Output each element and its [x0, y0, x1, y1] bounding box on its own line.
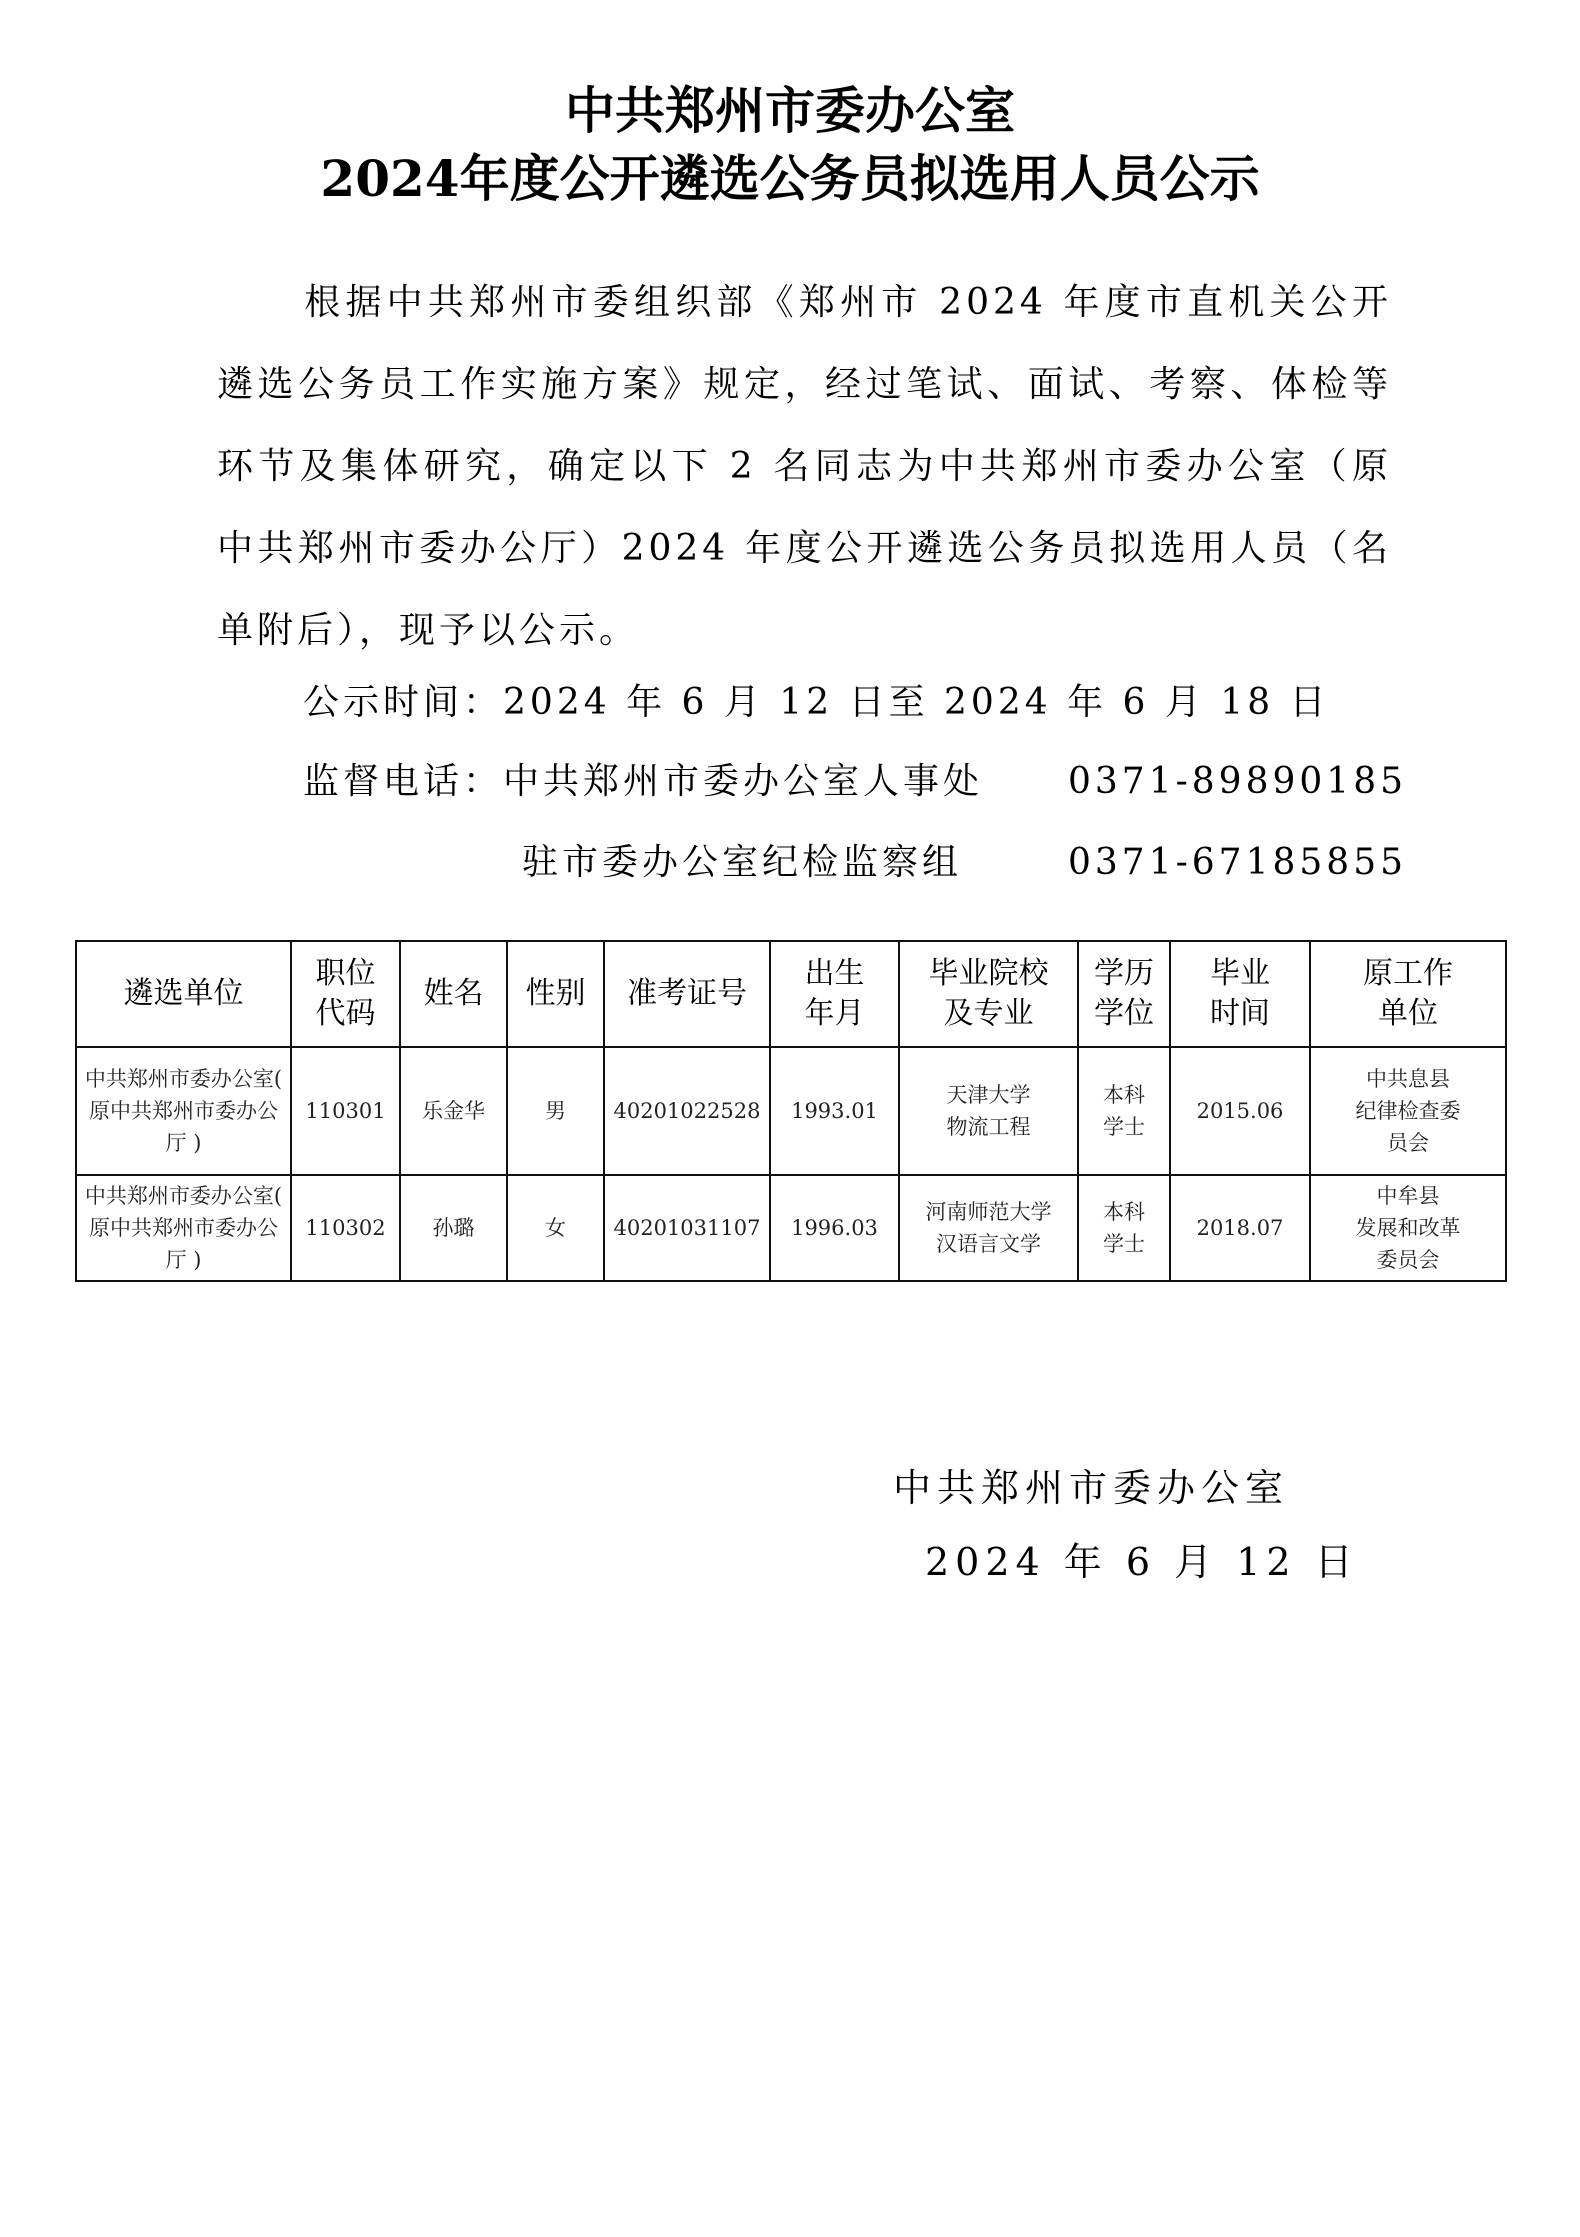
cell-school-major: 天津大学 物流工程 — [899, 1047, 1078, 1175]
cell-former-unit: 中共息县 纪律检查委 员会 — [1310, 1047, 1506, 1175]
cell-name: 乐金华 — [400, 1047, 507, 1175]
signature-org: 中共郑州市委办公室 — [893, 1463, 1289, 1513]
cell-degree: 本科 学士 — [1078, 1175, 1170, 1281]
cell-birth: 1993.01 — [770, 1047, 899, 1175]
cell-gender: 男 — [507, 1047, 604, 1175]
table-row: 中共郑州市委办公室( 原中共郑州市委办公厅 ) 110302 孙璐 女 4020… — [76, 1175, 1506, 1281]
header-degree: 学历 学位 — [1078, 941, 1170, 1047]
table-row: 中共郑州市委办公室( 原中共郑州市委办公厅 ) 110301 乐金华 男 402… — [76, 1047, 1506, 1175]
table-header-row: 遴选单位 职位 代码 姓名 性别 准考证号 出生 年月 毕业院校 及专业 学历 … — [76, 941, 1506, 1047]
header-grad-time: 毕业 时间 — [1170, 941, 1310, 1047]
header-name: 姓名 — [400, 941, 507, 1047]
phone-1-number: 0371-89890185 — [1068, 757, 1407, 807]
phone-1-org: 中共郑州市委办公室人事处 — [503, 761, 983, 802]
signature-date: 2024 年 6 月 12 日 — [925, 1537, 1359, 1587]
cell-exam-id: 40201022528 — [604, 1047, 770, 1175]
cell-gender: 女 — [507, 1175, 604, 1281]
phone-2-org: 驻市委办公室纪检监察组 — [522, 838, 962, 888]
cell-birth: 1996.03 — [770, 1175, 899, 1281]
header-gender: 性别 — [507, 941, 604, 1047]
announcement-paragraph: 根据中共郑州市委组织部《郑州市 2024 年度市直机关公开遴选公务员工作实施方案… — [217, 262, 1392, 672]
cell-former-unit: 中牟县 发展和改革 委员会 — [1310, 1175, 1506, 1281]
cell-grad-time: 2015.06 — [1170, 1047, 1310, 1175]
candidate-table: 遴选单位 职位 代码 姓名 性别 准考证号 出生 年月 毕业院校 及专业 学历 … — [75, 940, 1507, 1282]
supervision-phone-label: 监督电话： — [303, 761, 503, 802]
cell-unit: 中共郑州市委办公室( 原中共郑州市委办公厅 ) — [76, 1047, 291, 1175]
header-school-major: 毕业院校 及专业 — [899, 941, 1078, 1047]
announcement-text: 根据中共郑州市委组织部《郑州市 2024 年度市直机关公开遴选公务员工作实施方案… — [217, 282, 1392, 651]
document-page: 中共郑州市委办公室 2024年度公开遴选公务员拟选用人员公示 根据中共郑州市委组… — [0, 0, 1580, 2237]
cell-school-major: 河南师范大学 汉语言文学 — [899, 1175, 1078, 1281]
phone-2-number: 0371-67185855 — [1068, 838, 1407, 888]
header-birth: 出生 年月 — [770, 941, 899, 1047]
document-title-line-1: 中共郑州市委办公室 — [0, 80, 1580, 142]
cell-position-code: 110302 — [291, 1175, 400, 1281]
publicity-period: 公示时间：2024 年 6 月 12 日至 2024 年 6 月 18 日 — [303, 678, 1330, 728]
header-position-code: 职位 代码 — [291, 941, 400, 1047]
supervision-phone-1: 监督电话：中共郑州市委办公室人事处 — [303, 757, 983, 807]
document-title-line-2: 2024年度公开遴选公务员拟选用人员公示 — [0, 148, 1580, 210]
cell-exam-id: 40201031107 — [604, 1175, 770, 1281]
cell-grad-time: 2018.07 — [1170, 1175, 1310, 1281]
header-exam-id: 准考证号 — [604, 941, 770, 1047]
publicity-period-value: 2024 年 6 月 12 日至 2024 年 6 月 18 日 — [503, 682, 1330, 723]
cell-unit: 中共郑州市委办公室( 原中共郑州市委办公厅 ) — [76, 1175, 291, 1281]
cell-name: 孙璐 — [400, 1175, 507, 1281]
publicity-period-label: 公示时间： — [303, 682, 503, 723]
cell-position-code: 110301 — [291, 1047, 400, 1175]
header-former-unit: 原工作 单位 — [1310, 941, 1506, 1047]
header-unit: 遴选单位 — [76, 941, 291, 1047]
cell-degree: 本科 学士 — [1078, 1047, 1170, 1175]
